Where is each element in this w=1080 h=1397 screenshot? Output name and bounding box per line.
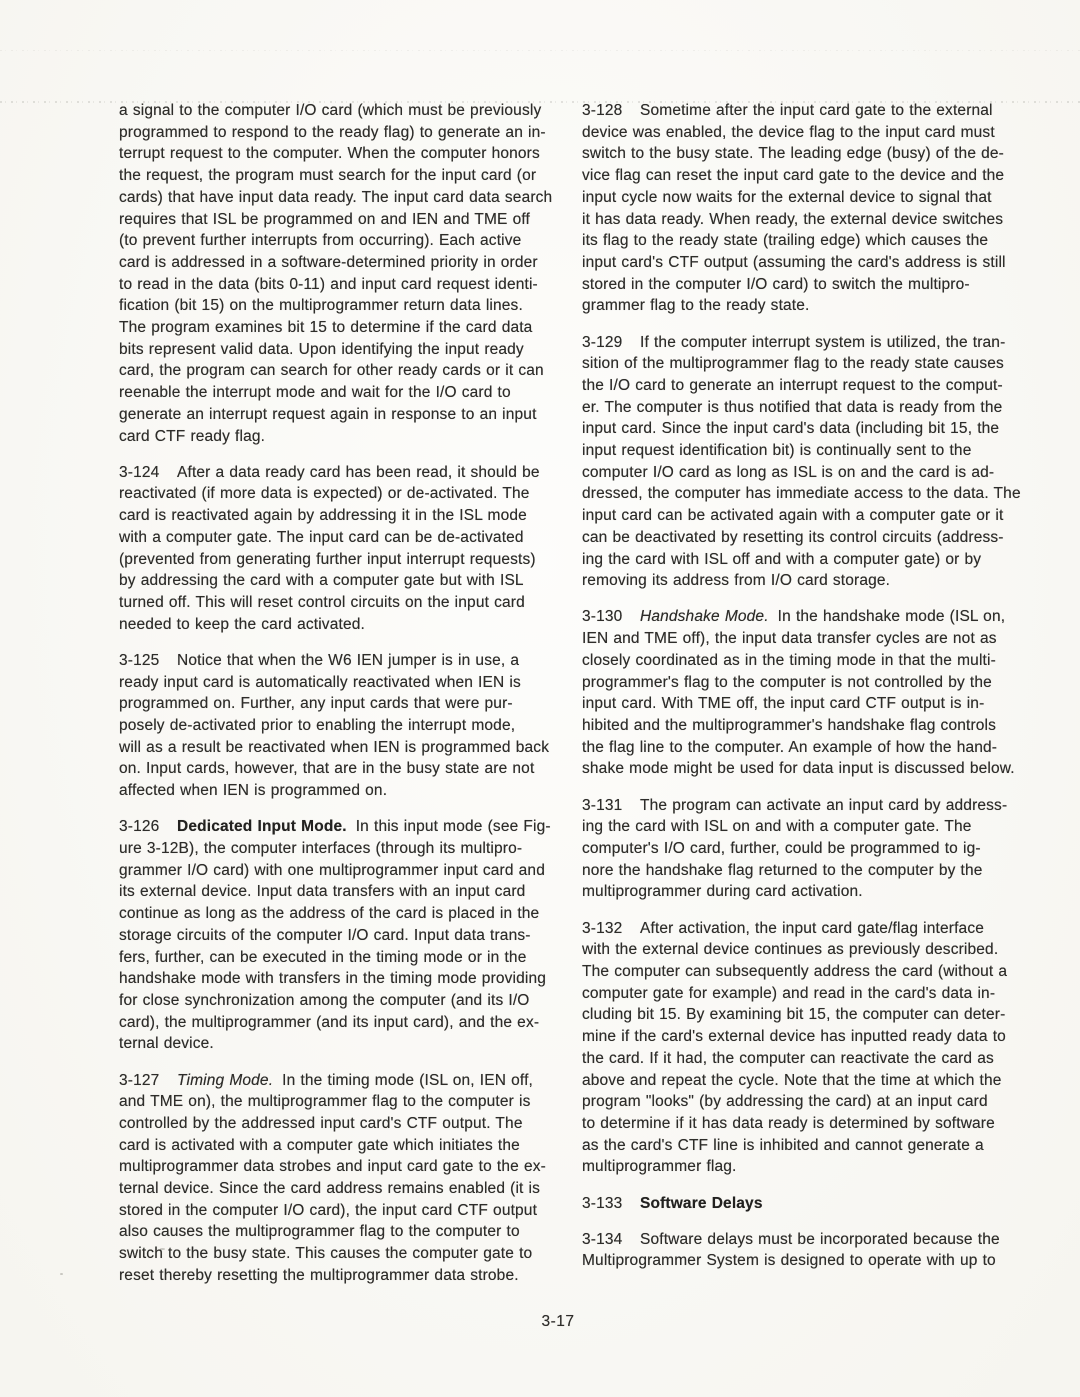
paragraph-3-134: 3-134Software delays must be incorporate… [582,1229,1040,1272]
paragraph-3-131: 3-131The program can activate an input c… [582,795,1040,904]
paragraph-3-125: 3-125Notice that when the W6 IEN jumper … [119,650,577,802]
paragraph-number: 3-128 [582,100,640,122]
paragraph-3-126: 3-126Dedicated Input Mode.In this input … [119,816,577,1055]
scanned-page: a signal to the computer I/O card (which… [0,0,1080,1397]
page-number: 3-17 [0,1313,1080,1331]
paragraph-3-124: 3-124After a data ready card has been re… [119,462,577,636]
paragraph-number: 3-130 [582,606,640,628]
paragraph-heading-timing-mode: Timing Mode. [177,1072,273,1089]
section-heading-3-133: 3-133Software Delays [582,1193,1040,1215]
paragraph-body: In this input mode (see Fig- ure 3-12B),… [119,818,551,1052]
left-column: a signal to the computer I/O card (which… [119,100,577,1301]
scan-speckle [60,1273,63,1275]
paragraph-3-128: 3-128Sometime after the input card gate … [582,100,1040,317]
paragraph-3-132: 3-132After activation, the input card ga… [582,918,1040,1178]
paragraph-3-129: 3-129If the computer interrupt system is… [582,332,1040,592]
paragraph-number: 3-124 [119,462,177,484]
paragraph-number: 3-127 [119,1070,177,1092]
paragraph-number: 3-134 [582,1229,640,1251]
paragraph-number: 3-125 [119,650,177,672]
section-heading-software-delays: Software Delays [640,1195,763,1212]
paragraph-body: In the timing mode (ISL on, IEN off, and… [119,1072,546,1284]
paragraph-body: After a data ready card has been read, i… [119,464,540,633]
paragraph-body: If the computer interrupt system is util… [582,334,1021,590]
paragraph-heading-handshake-mode: Handshake Mode. [640,608,769,625]
paragraph-3-127: 3-127Timing Mode.In the timing mode (ISL… [119,1070,577,1287]
paragraph-heading-dedicated-input-mode: Dedicated Input Mode. [177,818,347,835]
paragraph-number: 3-131 [582,795,640,817]
paragraph-body: After activation, the input card gate/fl… [582,920,1007,1176]
paragraph-body: a signal to the computer I/O card (which… [119,102,552,445]
paragraph-body: In the handshake mode (ISL on, IEN and T… [582,608,1015,777]
paragraph-body: Sometime after the input card gate to th… [582,102,1006,314]
paragraph-continuation: a signal to the computer I/O card (which… [119,100,577,447]
paragraph-body: The program can activate an input card b… [582,797,1007,901]
paragraph-number: 3-129 [582,332,640,354]
paragraph-number: 3-132 [582,918,640,940]
right-column: 3-128Sometime after the input card gate … [582,100,1040,1287]
scan-artifact-faint-line [0,50,1080,51]
paragraph-body: Notice that when the W6 IEN jumper is in… [119,652,549,799]
paragraph-number: 3-133 [582,1193,640,1215]
paragraph-number: 3-126 [119,816,177,838]
paragraph-3-130: 3-130Handshake Mode.In the handshake mod… [582,606,1040,780]
paragraph-body: Software delays must be incorporated bec… [582,1231,1000,1270]
